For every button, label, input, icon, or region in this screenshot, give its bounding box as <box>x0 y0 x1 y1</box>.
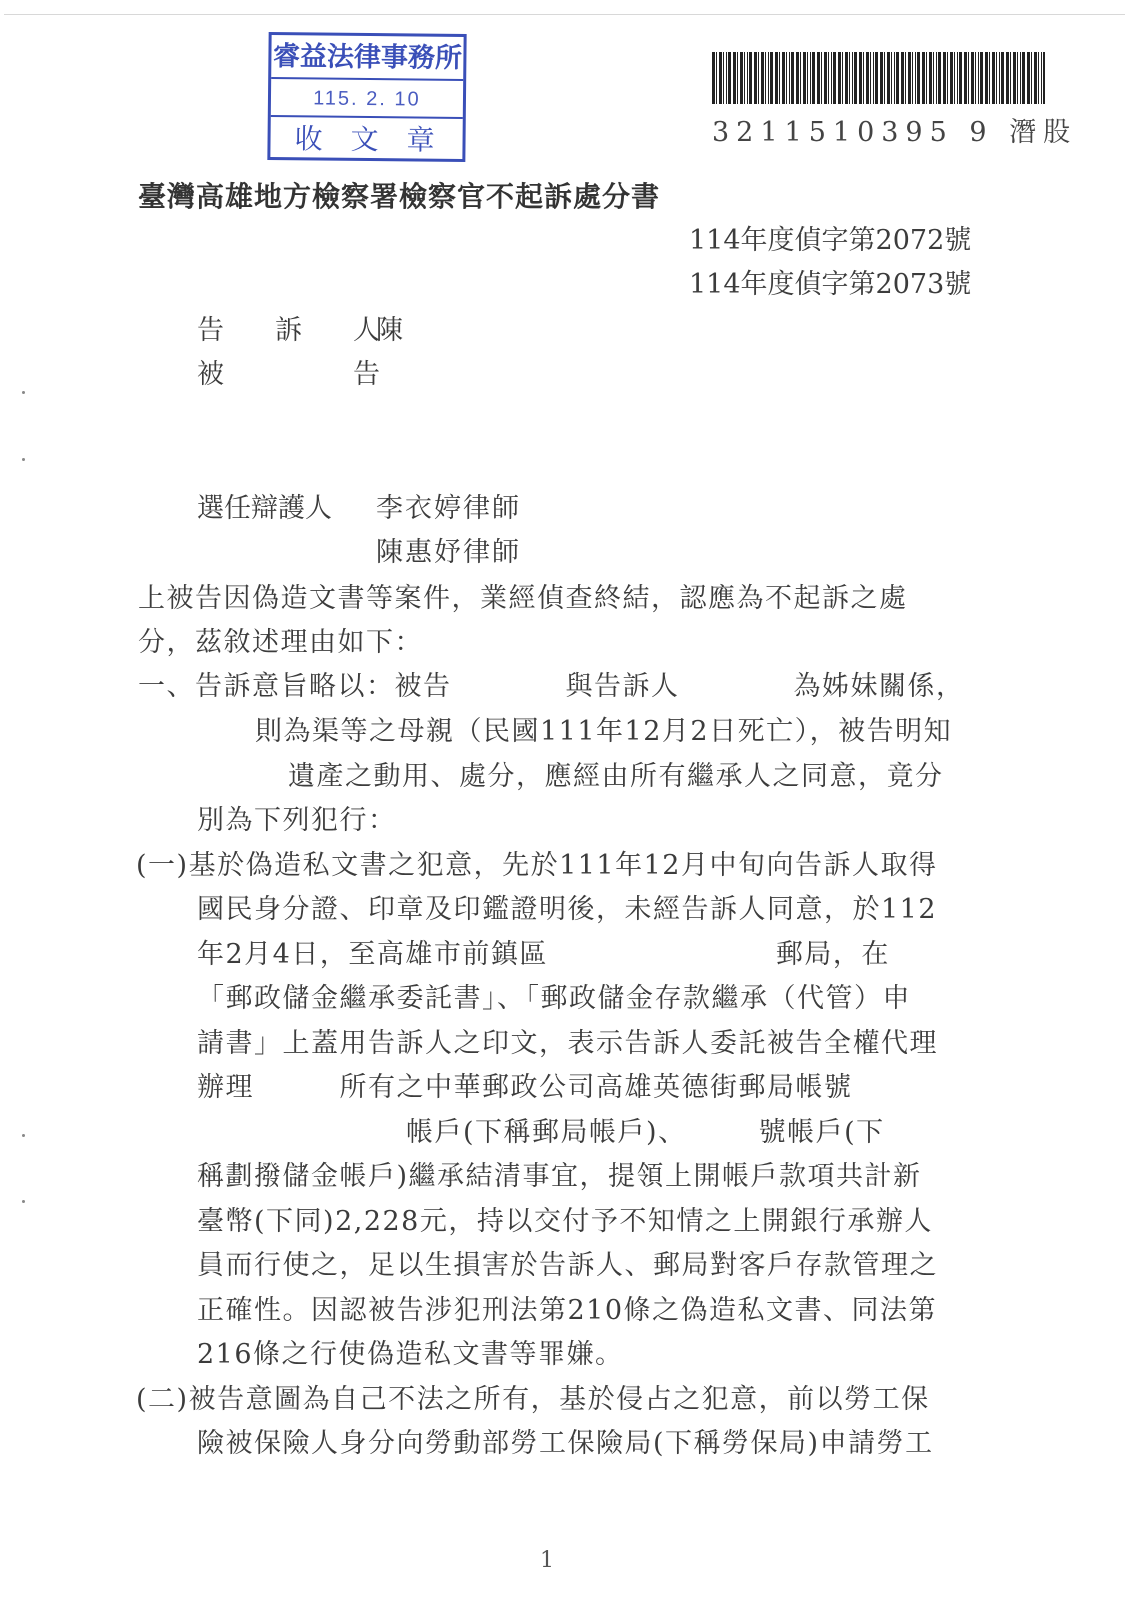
body-line: 一、告訴意旨略以：被告 與告訴人 為姊妹關係， <box>138 670 965 704</box>
defense-counsel-1: 李衣婷律師 <box>376 492 521 526</box>
scan-speck <box>22 1134 25 1137</box>
body-line: 遺產之動用、處分，應經由所有繼承人之同意，竟分 <box>288 760 944 794</box>
body-line: 國民身分證、印章及印鑑證明後，未經告訴人同意，於112 <box>197 893 937 927</box>
stamp-label: 收文章 <box>270 121 462 159</box>
stamp-date: 115. 2. 10 <box>271 81 463 119</box>
body-line: 別為下列犯行： <box>197 804 397 838</box>
defense-counsel-2: 陳惠妤律師 <box>376 536 521 570</box>
page-number: 1 <box>540 1548 554 1573</box>
complainant-label: 告 訴 人 <box>197 314 392 348</box>
body-line: 上被告因偽造文書等案件，業經偵查終結，認應為不起訴之處 <box>138 582 908 616</box>
barcode-number: 3211510395 9 潛股 <box>712 110 1052 149</box>
scan-speck <box>22 1200 25 1203</box>
body-line: 險被保險人身分向勞動部勞工保險局(下稱勞保局)申請勞工 <box>197 1427 934 1461</box>
body-line: 稱劃撥儲金帳戶)繼承結清事宜，提領上開帳戶款項共計新 <box>197 1160 922 1194</box>
body-line: 辦理 所有之中華郵政公司高雄英德街郵局帳號 <box>197 1071 853 1105</box>
body-line: (二)被告意圖為自己不法之所有，基於侵占之犯意，前以勞工保 <box>136 1383 930 1417</box>
body-line: 「郵政儲金繼承委託書」、「郵政儲金存款繼承（代管）申 <box>197 982 911 1016</box>
scan-top-edge <box>4 14 1125 15</box>
case-number-1: 114年度偵字第2072號 <box>689 224 971 258</box>
complainant-name: 陳 <box>376 314 403 348</box>
received-stamp: 睿益法律事務所 115. 2. 10 收文章 <box>267 32 466 162</box>
body-line: 分，茲敘述理由如下： <box>138 626 423 660</box>
scan-speck <box>22 458 25 461</box>
body-line: (一)基於偽造私文書之犯意，先於111年12月中旬向告訴人取得 <box>136 849 937 883</box>
case-number-2: 114年度偵字第2073號 <box>689 268 971 302</box>
body-line: 正確性。因認被告涉犯刑法第210條之偽造私文書、同法第 <box>197 1294 937 1328</box>
body-line: 員而行使之，足以生損害於告訴人、郵局對客戶存款管理之 <box>197 1249 938 1283</box>
defendant-label: 被 告 <box>197 358 392 392</box>
body-line: 請書」上蓋用告訴人之印文，表示告訴人委託被告全權代理 <box>197 1027 938 1061</box>
barcode-icon <box>712 52 1045 104</box>
body-line: 帳戶(下稱郵局帳戶)、 號帳戶(下 <box>406 1116 885 1150</box>
body-line: 則為渠等之母親（民國111年12月2日死亡），被告明知 <box>255 715 952 749</box>
document-title: 臺灣高雄地方檢察署檢察官不起訴處分書 <box>138 180 660 214</box>
body-line: 216條之行使偽造私文書等罪嫌。 <box>197 1338 624 1372</box>
stamp-firm-name: 睿益法律事務所 <box>271 37 463 81</box>
scan-speck <box>22 391 25 394</box>
defense-counsel-label: 選任辯護人 <box>197 492 332 526</box>
body-line: 臺幣(下同)2,228元，持以交付予不知情之上開銀行承辦人 <box>197 1205 933 1239</box>
body-line: 年2月4日，至高雄市前鎮區 郵局，在 <box>197 938 890 972</box>
